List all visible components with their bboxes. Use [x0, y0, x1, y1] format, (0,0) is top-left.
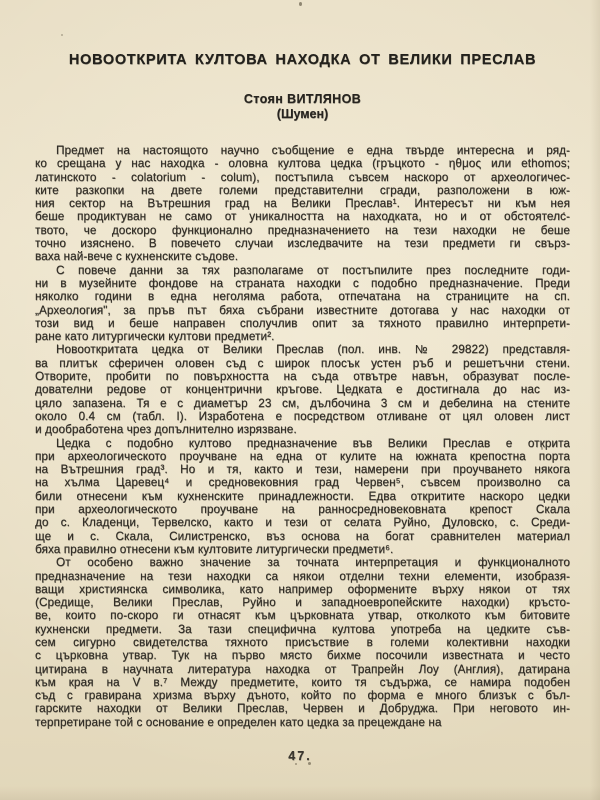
- text-line: дователни редове от концентрични кръгове…: [35, 383, 570, 396]
- article-title: НОВООТКРИТА КУЛТОВА НАХОДКА ОТ ВЕЛИКИ ПР…: [35, 0, 570, 69]
- scanned-page: НОВООТКРИТА КУЛТОВА НАХОДКА ОТ ВЕЛИКИ ПР…: [0, 0, 600, 800]
- text-line: ващи християнска символика, като наприме…: [35, 583, 570, 596]
- text-line: От особено важно значение за точната инт…: [35, 556, 570, 569]
- paragraph: Цедка с подобно култово предназначение в…: [35, 437, 570, 557]
- text-line: (Средище, Велики Преслав, Руйно и западн…: [35, 596, 570, 609]
- text-line: Новооткритата цедка от Велики Преслав (п…: [35, 343, 570, 356]
- text-line: бяха правилно отнесени към култовите лит…: [35, 543, 570, 556]
- text-line: точно изяснено. В повечето случаи изслед…: [35, 237, 570, 250]
- paragraph: От особено важно значение за точната инт…: [35, 556, 570, 729]
- text-line: и дообработена чрез допълнително изрязва…: [35, 423, 570, 436]
- scan-speck: [295, 763, 297, 765]
- scan-bottom-shadow: [0, 786, 600, 800]
- text-line: на хълма Царевец⁴ и средновековния град …: [35, 476, 570, 489]
- text-line: терпретиране той с основание е определен…: [35, 716, 570, 729]
- page-number: 47.: [0, 749, 600, 763]
- paragraph: Новооткритата цедка от Велики Преслав (п…: [35, 343, 570, 436]
- text-line: латинското - colatorium - colum), постъп…: [35, 171, 570, 184]
- text-line: ще и с. Скала, Силистренско, въз основа …: [35, 530, 570, 543]
- text-line: този вид и беше направен сполучлив опит …: [35, 317, 570, 330]
- text-line: на Вътрешния град³. Но и тя, както и тез…: [35, 463, 570, 476]
- text-line: гарските находки от Велики Преслав, Черв…: [35, 702, 570, 715]
- text-line: при археологическото проучване на раннос…: [35, 503, 570, 516]
- text-line: няколко години в една неголяма работа, о…: [35, 290, 570, 303]
- text-line: били отнесени към кухненските принадлежн…: [35, 490, 570, 503]
- text-line: около 0.4 см (табл. I). Изработена е пос…: [35, 410, 570, 423]
- author-name: Стоян ВИТЛЯНОВ: [35, 92, 570, 107]
- text-line: сем сигурно свидетелства тяхното присъст…: [35, 636, 570, 649]
- scan-edge-shadow: [590, 0, 600, 800]
- article-body: Предмет на настоящото научно съобщение е…: [35, 144, 570, 729]
- text-line: ране като литургически култови предмети²…: [35, 330, 570, 343]
- text-line: беше продиктуван не само от уникалността…: [35, 210, 570, 223]
- text-line: към края на V в.⁷ Между предметите, коит…: [35, 676, 570, 689]
- text-line: „Археология", за пръв път бяха събрани и…: [35, 304, 570, 317]
- text-line: до с. Кладенци, Тервелско, както и тези …: [35, 516, 570, 529]
- text-line: цяло запазена. Тя е с диаметър 23 см, дъ…: [35, 397, 570, 410]
- text-line: ко срещана у нас находка - оловна култов…: [35, 157, 570, 170]
- text-line: ваха най-вече с кухненските съдове.: [35, 250, 570, 263]
- text-line: съд с гравирана хризма върху дъното, кой…: [35, 689, 570, 702]
- paragraph: Предмет на настоящото научно съобщение е…: [35, 144, 570, 264]
- text-line: ве, които по-скоро ги отнасят към църков…: [35, 609, 570, 622]
- text-line: предназначение на тези находки са някои …: [35, 570, 570, 583]
- text-line: Предмет на настоящото научно съобщение е…: [35, 144, 570, 157]
- text-line: твото, че доскоро функционално предназна…: [35, 224, 570, 237]
- paragraph: С повече данни за тях разполагаме от пос…: [35, 264, 570, 344]
- text-line: кухненски предмети. За тази специфична к…: [35, 623, 570, 636]
- text-line: цитирана в научната литература находка о…: [35, 663, 570, 676]
- scan-speck: [61, 34, 63, 36]
- text-line: Цедка с подобно култово предназначение в…: [35, 437, 570, 450]
- text-line: ва плитък сферичен оловен съд с широк пл…: [35, 357, 570, 370]
- scan-speck: [541, 447, 543, 450]
- text-line: с църковна утвар. Тук на първо място бих…: [35, 649, 570, 662]
- author-affiliation: (Шумен): [35, 107, 570, 121]
- scan-speck: [299, 2, 302, 6]
- text-line: при археологическото проучване на една о…: [35, 450, 570, 463]
- scan-speck: [563, 212, 565, 214]
- text-line: Отворите, пробити по повърхността на съд…: [35, 370, 570, 383]
- text-line: ките разкопки на двете големи представит…: [35, 184, 570, 197]
- text-line: ни в музейните фондове на страната наход…: [35, 277, 570, 290]
- text-line: С повече данни за тях разполагаме от пос…: [35, 264, 570, 277]
- text-line: ния сектор на Вътрешния град на Велики П…: [35, 197, 570, 210]
